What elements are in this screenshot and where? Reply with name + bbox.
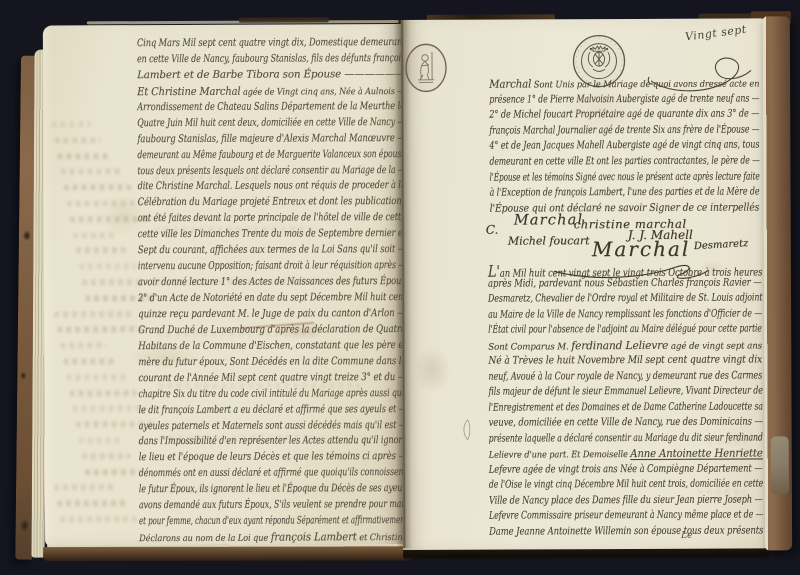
- book-bottom-edge: [43, 546, 413, 561]
- manuscript-line: Ville de Nancy place des Dames fille du …: [489, 493, 704, 509]
- binding-debris: [239, 17, 329, 22]
- manuscript-line: quinze reçu pardevant M. le Juge de paix…: [138, 307, 358, 324]
- manuscript-phrase: agée de Vingt cinq ans, Née à Aulnois —: [240, 87, 403, 98]
- manuscript-line: le dit françois Lambert a eu déclaré et …: [139, 403, 345, 420]
- cover-damage-spot: [771, 436, 789, 494]
- manuscript-line: 2° de Michel foucart Propriétaire agé de…: [489, 108, 699, 125]
- manuscript-phrase: et Christine: [357, 533, 403, 543]
- bleedthrough-mark: [60, 342, 106, 348]
- manuscript-line: fils majeur de défunt le sieur Emmanuel …: [488, 385, 694, 401]
- manuscript-line: Sept du courant, affichées aux termes de…: [138, 243, 351, 260]
- bleedthrough-mark: [82, 453, 131, 459]
- bleedthrough-mark: [57, 500, 127, 506]
- manuscript-line: dite Christine Marchal. Lesquels nous on…: [138, 180, 347, 197]
- manuscript-line: de l'Oise le vingt cinq Décembre Mil hui…: [489, 478, 690, 494]
- manuscript-phrase: Et Christine Marchal: [137, 85, 240, 98]
- manuscript-line: présence 1° de Pierre Malvoisin Aubergis…: [489, 92, 690, 108]
- manuscript-line: Lambert et de Barbe Tibora son Épouse ——…: [137, 68, 398, 85]
- manuscript-line: ayeules paternels et Maternels sont auss…: [139, 419, 345, 436]
- folio-number: Vingt sept: [684, 23, 747, 44]
- manuscript-phrase: agé de vingt sept ans: [668, 341, 762, 351]
- manuscript-line: Et Christine Marchal agée de Vingt cinq …: [137, 84, 377, 101]
- manuscript-line: chapitre Six du titre du code civil inti…: [138, 387, 335, 404]
- manuscript-line: Grand Duché de Luxembourg d'après la déc…: [138, 323, 357, 340]
- manuscript-line: Lelievre d'une part. Et Demoiselle Anne …: [489, 447, 738, 464]
- manuscript-line: intervenu aucune Opposition; faisant dro…: [138, 259, 337, 276]
- manuscript-line: veuve, domiciliée en cette Ville de Nanc…: [489, 416, 709, 432]
- photograph-of-register: Cinq Mars Mil sept cent quatre vingt dix…: [0, 0, 800, 575]
- bleedthrough-mark: [67, 200, 142, 206]
- bleedthrough-mark: [76, 248, 126, 254]
- manuscript-line: neuf, Avoué à la Cour royale de Nancy, y…: [488, 369, 698, 385]
- manuscript-line: l'Épouse et les témoins Signé avec nous …: [489, 170, 676, 186]
- manuscript-line: mère du futur époux, Sont Décédés en la …: [138, 355, 352, 372]
- manuscript-line: cette ville les Dimanches Trente du mois…: [138, 227, 346, 244]
- manuscript-line: Cinq Mars Mil sept cent quatre vingt dix…: [137, 36, 347, 53]
- bleedthrough-mark: [54, 311, 132, 317]
- bleedthrough-mark: [82, 279, 146, 285]
- register-book: Cinq Mars Mil sept cent quatre vingt dix…: [0, 0, 800, 575]
- manuscript-phrase: Anne Antoinette Henriette: [630, 446, 762, 460]
- bleedthrough-mark: [64, 184, 132, 190]
- manuscript-line: le lieu et l'époque de leurs Décès et qu…: [139, 451, 357, 468]
- manuscript-line: et pour femme, chacun d'eux ayant répond…: [139, 514, 319, 531]
- manuscript-line: avoir donné lecture 1° des Actes de Nais…: [138, 275, 349, 292]
- manuscript-line: courant de l'Année Mil sept cent quatre …: [138, 371, 356, 388]
- manuscript-phrase: Sont Unis par le Mariage de quoi avons d…: [531, 79, 759, 90]
- manuscript-line: Habitans de la Commune d'Eischen, consta…: [138, 339, 356, 356]
- second-act-manuscript: L'an Mil huit cent vingt sept le vingt t…: [488, 260, 763, 540]
- manuscript-line: l'Enregistrement et des Domaines et de D…: [488, 400, 689, 416]
- marriage-act-conclusion: Marchal Sont Unis par le Mariage de quoi…: [489, 76, 760, 218]
- manuscript-phrase: Sont Comparus M.: [488, 342, 571, 352]
- bleedthrough-mark: [57, 327, 142, 333]
- manuscript-line: le futur Époux, ils ignorent le lieu et …: [139, 483, 338, 500]
- manuscript-line: Célébration du Mariage projeté Entreux e…: [138, 196, 352, 213]
- manuscript-line: après Midi, pardevant nous Sébastien Cha…: [488, 276, 709, 292]
- manuscript-line: avons demandé aux futurs Époux, S'ils ve…: [139, 498, 339, 515]
- bleedthrough-mark: [54, 485, 117, 491]
- manuscript-line: Lefevre agée de vingt trois ans Née à Co…: [489, 462, 707, 478]
- manuscript-phrase: ferdinand Lelievre: [571, 338, 668, 351]
- signature-michel-foucart: Michel foucart: [508, 234, 590, 247]
- manuscript-line: Déclarons au nom de la Loi que françois …: [139, 530, 383, 545]
- manuscript-line: Quatre Juin Mil huit cent deux, domicili…: [137, 116, 338, 133]
- signature-marchal-flourish: Marchal: [592, 237, 690, 261]
- bleedthrough-mark: [73, 232, 116, 238]
- manuscript-phrase: françois Lambert: [271, 530, 357, 543]
- bleedthrough-mark: [51, 121, 91, 127]
- manuscript-line: Arrondissement de Chateau Salins Départe…: [137, 100, 346, 117]
- manuscript-line: 2° d'un Acte de Notoriété en date du sep…: [138, 291, 346, 308]
- manuscript-line: dénommés ont en aussi déclaré et affirmé…: [139, 467, 337, 484]
- manuscript-line: l'État civil pour l'absence de l'adjoint…: [488, 323, 685, 339]
- manuscript-line: Marchal Sont Unis par le Mariage de quoi…: [489, 77, 738, 94]
- manuscript-line: demeurant en cette ville Et ont les part…: [489, 155, 687, 171]
- manuscript-line: L'an Mil huit cent vingt sept le vingt t…: [488, 261, 707, 277]
- signature-desmaretz: Desmaretz: [694, 238, 749, 252]
- manuscript-line: françois Marchal Journalier agé de trent…: [489, 124, 689, 140]
- manuscript-line: en cette Ville de Nancy, faubourg Stanis…: [137, 52, 339, 69]
- bleedthrough-mark: [79, 437, 121, 443]
- book-cover-edge-right: [763, 16, 792, 550]
- manuscript-line: demeurant au Même faubourg et de Marguer…: [137, 148, 331, 165]
- effigy-stamp-icon: [403, 42, 449, 94]
- left-page-manuscript: Cinq Mars Mil sept cent quatre vingt dix…: [137, 36, 403, 546]
- manuscript-phrase: Lelievre d'une part. Et Demoiselle: [489, 450, 631, 461]
- bleedthrough-mark: [85, 469, 141, 475]
- margin-flourish-icon: [461, 418, 475, 444]
- manuscript-line: Dame Jeanne Antoinette Willemin son épou…: [489, 524, 709, 540]
- manuscript-line: Né à Trèves le huit Novembre Mil sept ce…: [488, 354, 726, 371]
- left-page: Cinq Mars Mil sept cent quatre vingt dix…: [43, 24, 403, 546]
- manuscript-line: à l'Exception de françois Lambert, l'une…: [490, 186, 693, 202]
- bleedthrough-mark: [79, 263, 136, 269]
- bleedthrough-mark: [60, 169, 121, 175]
- bleedthrough-mark: [66, 374, 126, 380]
- manuscript-line: Desmaretz, Chevalier de l'Ordre royal et…: [488, 292, 694, 308]
- manuscript-line: présente laquelle a déclaré consentir au…: [489, 431, 689, 447]
- bleedthrough-mark: [54, 137, 101, 143]
- bleedthrough-mark: [63, 358, 116, 364]
- manuscript-phrase: Marchal: [489, 77, 531, 90]
- signature-initial-c: C.: [486, 223, 499, 237]
- manuscript-line: dans l'Impossibilité d'en représenter le…: [139, 435, 345, 452]
- bleedthrough-mark: [60, 516, 137, 522]
- manuscript-line: au Maire de la Ville de Nancy remplissan…: [488, 307, 691, 323]
- bleedthrough-mark: [73, 405, 147, 411]
- manuscript-line: Sont Comparus M. ferdinand Lelievre agé …: [488, 338, 751, 355]
- manuscript-line: 4° et de Jean Jacques Mahell Aubergiste …: [489, 139, 695, 155]
- right-page: · · · · · · · · · · · · · · · · · · · · …: [401, 18, 767, 550]
- manuscript-line: Lefevre Commissaire priseur demeurant à …: [489, 509, 693, 525]
- manuscript-phrase: Déclarons au nom de la Loi que: [139, 534, 271, 545]
- manuscript-line: faubourg Stanislas, fille majeure d'Alex…: [137, 132, 351, 149]
- bleedthrough-mark: [69, 390, 136, 396]
- bleedthrough-mark: [57, 153, 111, 159]
- catchword: Le: [681, 531, 692, 541]
- manuscript-line: tous deux présents lesquels ont déclaré …: [137, 164, 334, 181]
- manuscript-line: ont été faites devant la porte principal…: [138, 212, 346, 229]
